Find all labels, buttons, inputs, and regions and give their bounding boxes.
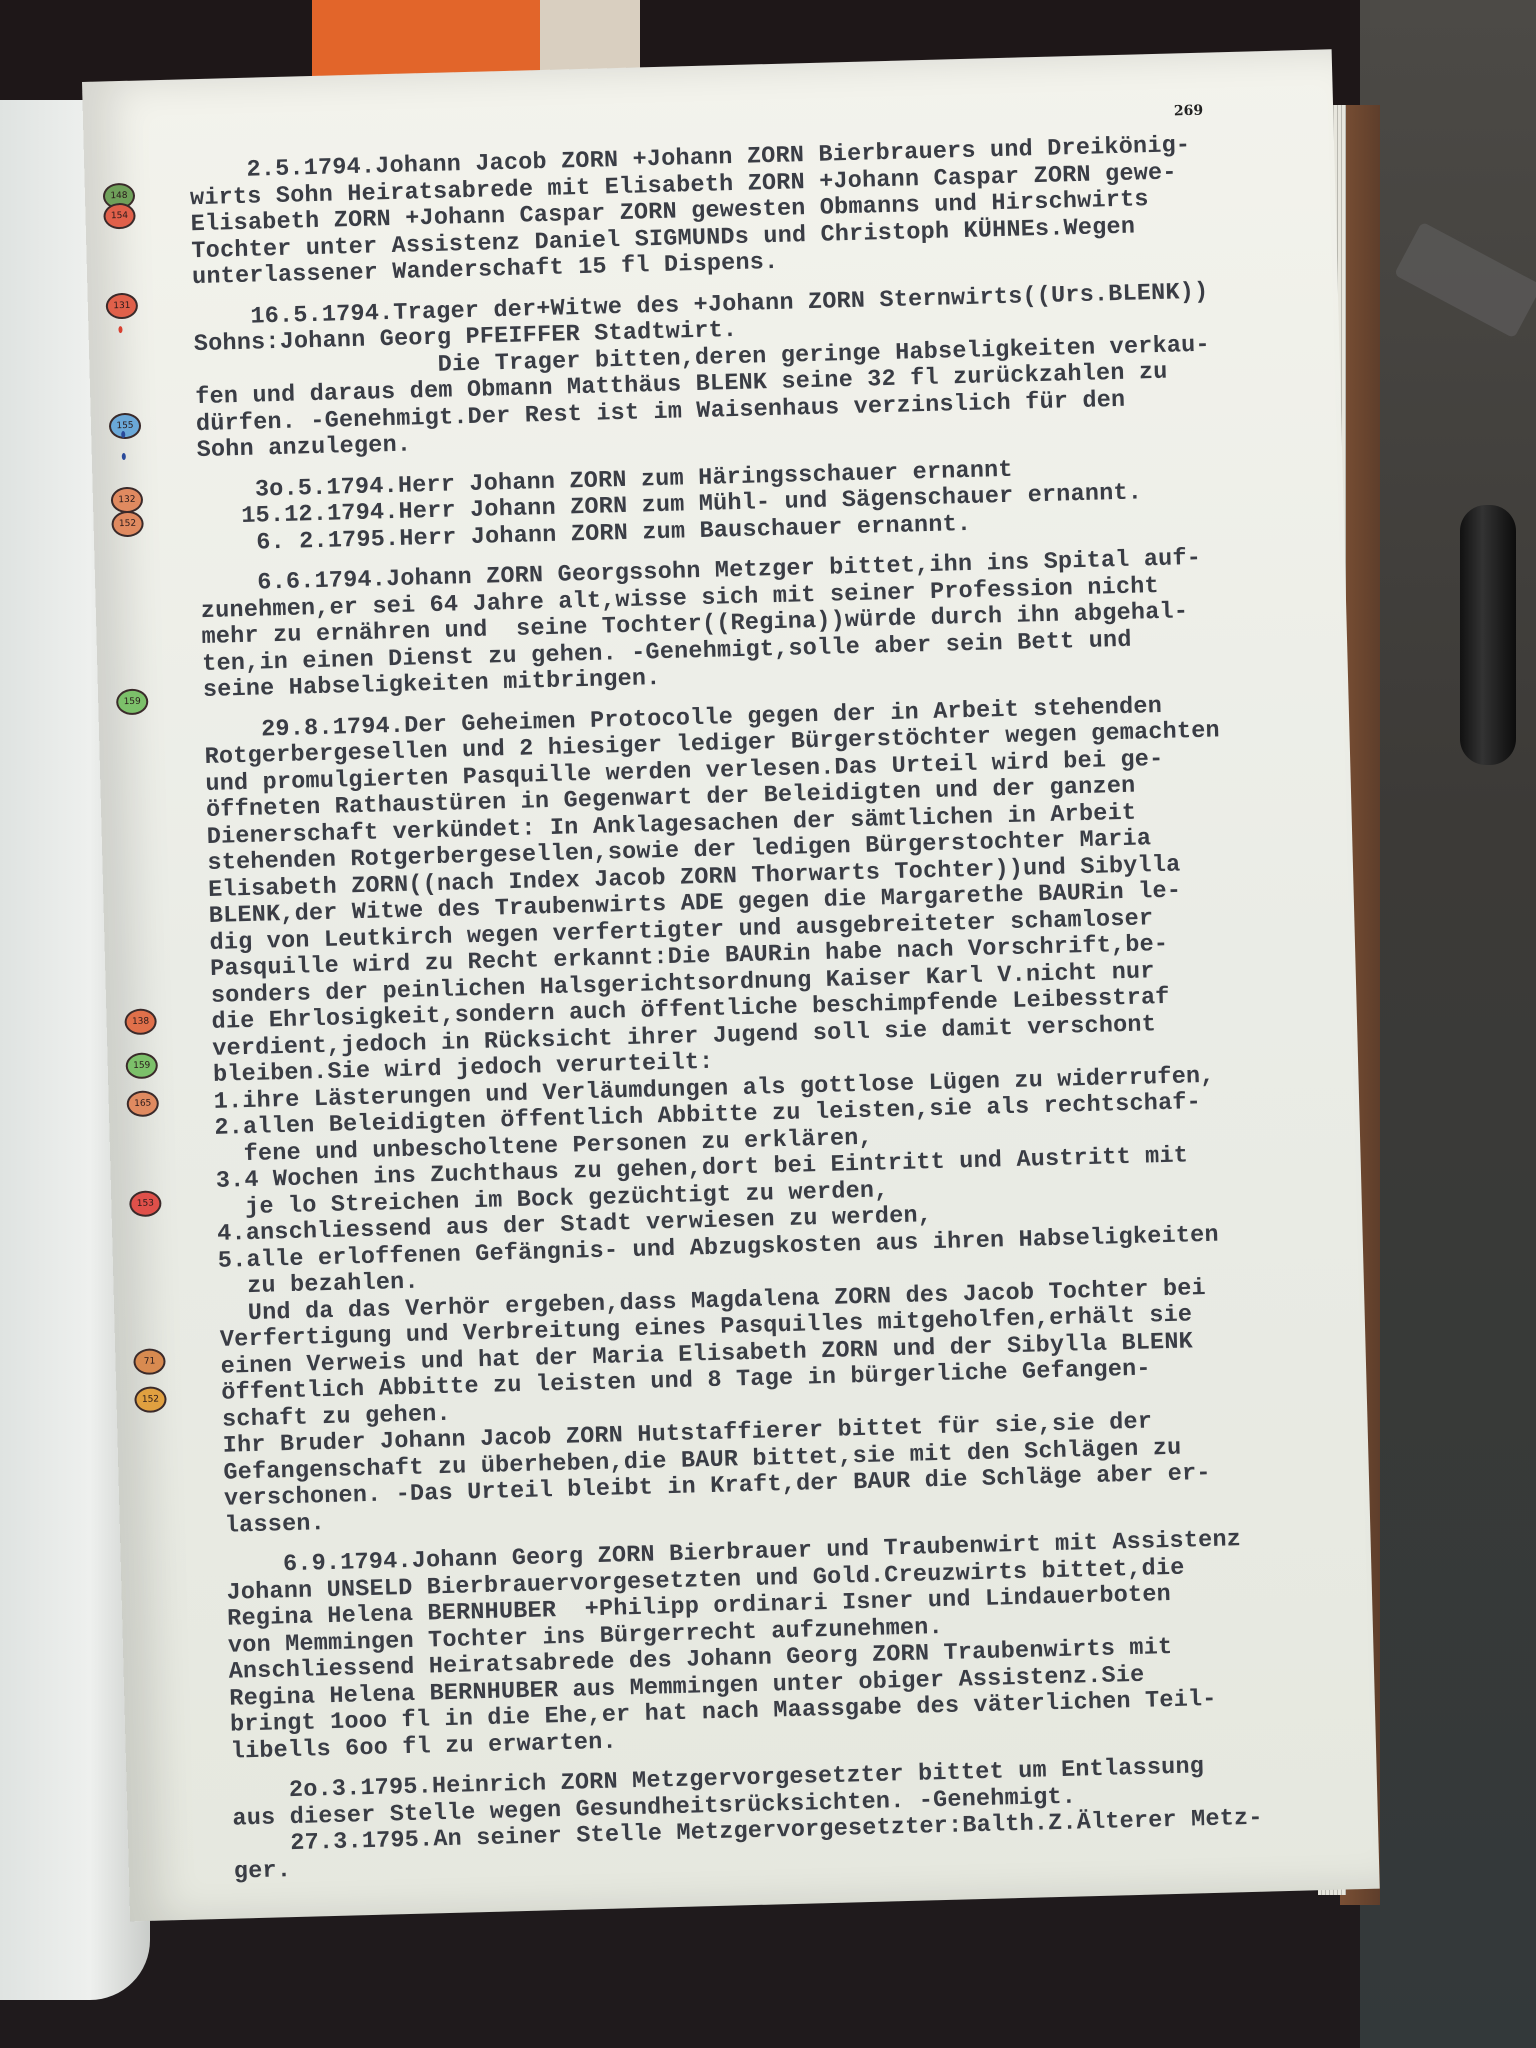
margin-index-mark: 165: [126, 1090, 159, 1117]
record-entry: 6.6.1794.Johann ZORN Georgssohn Metzger …: [200, 544, 1283, 705]
pen-object: [1460, 505, 1516, 765]
record-entry: 6.9.1794.Johann Georg ZORN Bierbrauer un…: [226, 1525, 1311, 1765]
margin-index-mark: 154: [103, 203, 136, 230]
margin-index-mark: 131: [106, 293, 139, 320]
document-page: 269 148154131155132152159138159165153711…: [82, 49, 1380, 1921]
record-entry: 29.8.1794.Der Geheimen Protocolle gegen …: [204, 690, 1305, 1539]
margin-index-mark: 153: [129, 1190, 162, 1217]
margin-index-mark: 132: [111, 487, 144, 514]
margin-tick-mark: [118, 326, 122, 333]
margin-tick-mark: [121, 431, 125, 438]
page-number: 269: [1174, 103, 1204, 120]
record-entry: 2o.3.1795.Heinrich ZORN Metzgervorgesetz…: [231, 1751, 1313, 1885]
page-content: 2.5.1794.Johann Jacob ZORN +Johann ZORN …: [189, 131, 1314, 1900]
margin-index-mark: 152: [134, 1386, 167, 1413]
margin-index-mark: 159: [116, 688, 149, 715]
margin-tick-mark: [122, 453, 126, 460]
margin-index-mark: 138: [124, 1008, 157, 1035]
margin-index-mark: 71: [133, 1348, 166, 1375]
margin-index-mark: 159: [125, 1052, 158, 1079]
margin-index-mark: 152: [111, 511, 144, 538]
record-entry: 2.5.1794.Johann Jacob ZORN +Johann ZORN …: [189, 131, 1272, 292]
record-entry: 3o.5.1794.Herr Johann ZORN zum Häringssc…: [197, 450, 1279, 558]
record-entry: 16.5.1794.Trager der+Witwe des +Johann Z…: [193, 277, 1277, 464]
